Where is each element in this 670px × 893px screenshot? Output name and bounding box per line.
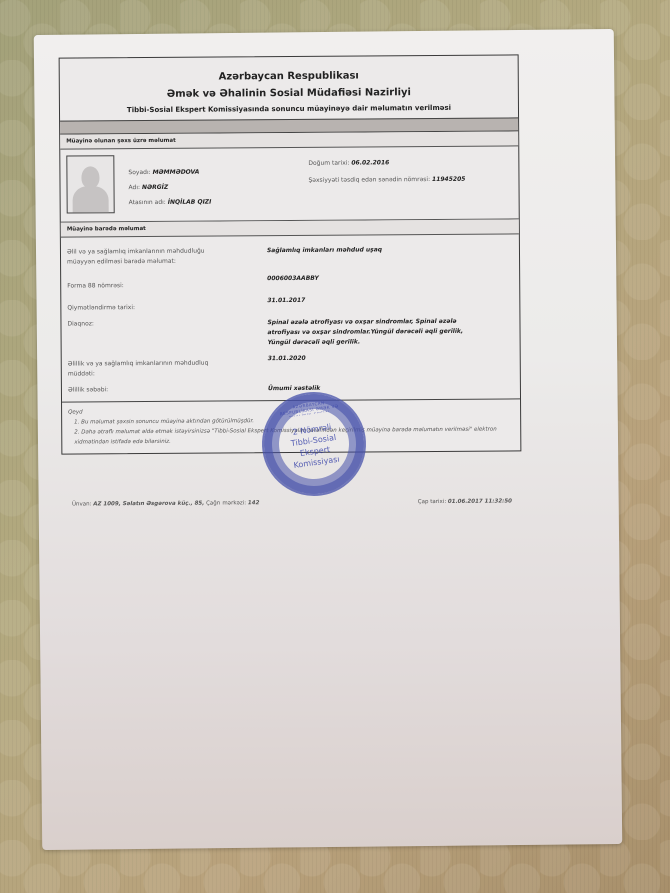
person-section: Soyadı: MƏMMƏDOVA Adı: NƏRGİZ Atasının a… bbox=[60, 146, 518, 222]
patronymic-label: Atasının adı: bbox=[129, 199, 166, 206]
exam-row-label: Qiymətləndirmə tarixi: bbox=[67, 296, 267, 317]
exam-row: Əlillik səbəbi: Ümumi xəstəlik bbox=[68, 378, 514, 395]
name-label: Adı: bbox=[129, 184, 141, 191]
exam-row: Əlillik və ya sağlamlıq imkanlarının məh… bbox=[68, 352, 514, 379]
exam-row-value: Sağlamlıq imkanları məhdud uşaq bbox=[267, 244, 513, 270]
person-silhouette-icon bbox=[66, 155, 114, 213]
id-number-label: Şəxsiyyəti təsdiq edən sənədin nömrəsi: bbox=[308, 176, 430, 184]
address-label: Ünvan: bbox=[72, 501, 92, 507]
document-title: Tibbi-Sosial Ekspert Komissiyasında sonu… bbox=[60, 103, 518, 114]
exam-row: Qiymətləndirmə tarixi: 31.01.2017 bbox=[67, 294, 513, 317]
print-date-value: 01.06.2017 11:32:50 bbox=[448, 498, 512, 504]
id-number-value: 11945205 bbox=[432, 176, 465, 183]
print-date-block: Çap tarixi: 01.06.2017 11:32:50 bbox=[418, 498, 512, 505]
exam-row-label: Forma 88 nömrəsi: bbox=[67, 274, 267, 295]
exam-row-label: Diaqnoz: bbox=[67, 318, 267, 353]
surname-label: Soyadı: bbox=[128, 169, 150, 176]
patronymic-value: İNQİLAB QIZI bbox=[168, 199, 212, 206]
exam-row-label: Əlillik səbəbi: bbox=[68, 380, 268, 395]
exam-section: Əlil və ya sağlamlıq imkanlarının məhdud… bbox=[61, 234, 520, 401]
address-value: AZ 1009, Səlatın Əsgərova küç., 85, bbox=[93, 501, 204, 508]
exam-row-value: 31.01.2020 bbox=[268, 352, 514, 378]
call-center-label: Çağrı mərkəzi: bbox=[206, 500, 246, 506]
exam-row: Forma 88 nömrəsi: 0006003AABBY bbox=[67, 272, 513, 295]
country-title: Azərbaycan Respublikası bbox=[60, 69, 518, 83]
exam-row-value: 31.01.2017 bbox=[267, 294, 513, 316]
birth-date-value: 06.02.2016 bbox=[351, 159, 389, 166]
exam-row-value: 0006003AABBY bbox=[267, 272, 513, 294]
exam-row: Əlil və ya sağlamlıq imkanlarının məhdud… bbox=[67, 244, 513, 271]
ministry-title: Əmək və Əhalinin Sosial Müdafiəsi Nazirl… bbox=[60, 86, 518, 100]
name-value: NƏRGİZ bbox=[142, 184, 168, 191]
certificate-form: Azərbaycan Respublikası Əmək və Əhalinin… bbox=[59, 54, 522, 454]
exam-row: Diaqnoz: Spinal əzələ atrofiyası və oxşa… bbox=[67, 316, 513, 353]
exam-row-label: Əlil və ya sağlamlıq imkanlarının məhdud… bbox=[67, 247, 217, 272]
print-date-label: Çap tarixi: bbox=[418, 499, 446, 505]
surname-value: MƏMMƏDOVA bbox=[153, 169, 200, 176]
document-header: Azərbaycan Respublikası Əmək və Əhalinin… bbox=[60, 55, 518, 120]
exam-row-value: Spinal əzələ atrofiyası və oxşar sindrom… bbox=[267, 316, 513, 352]
birth-date-label: Doğum tarixi: bbox=[308, 160, 349, 167]
exam-row-label: Əlillik və ya sağlamlıq imkanlarının məh… bbox=[68, 355, 218, 380]
call-center-value: 142 bbox=[248, 500, 260, 506]
